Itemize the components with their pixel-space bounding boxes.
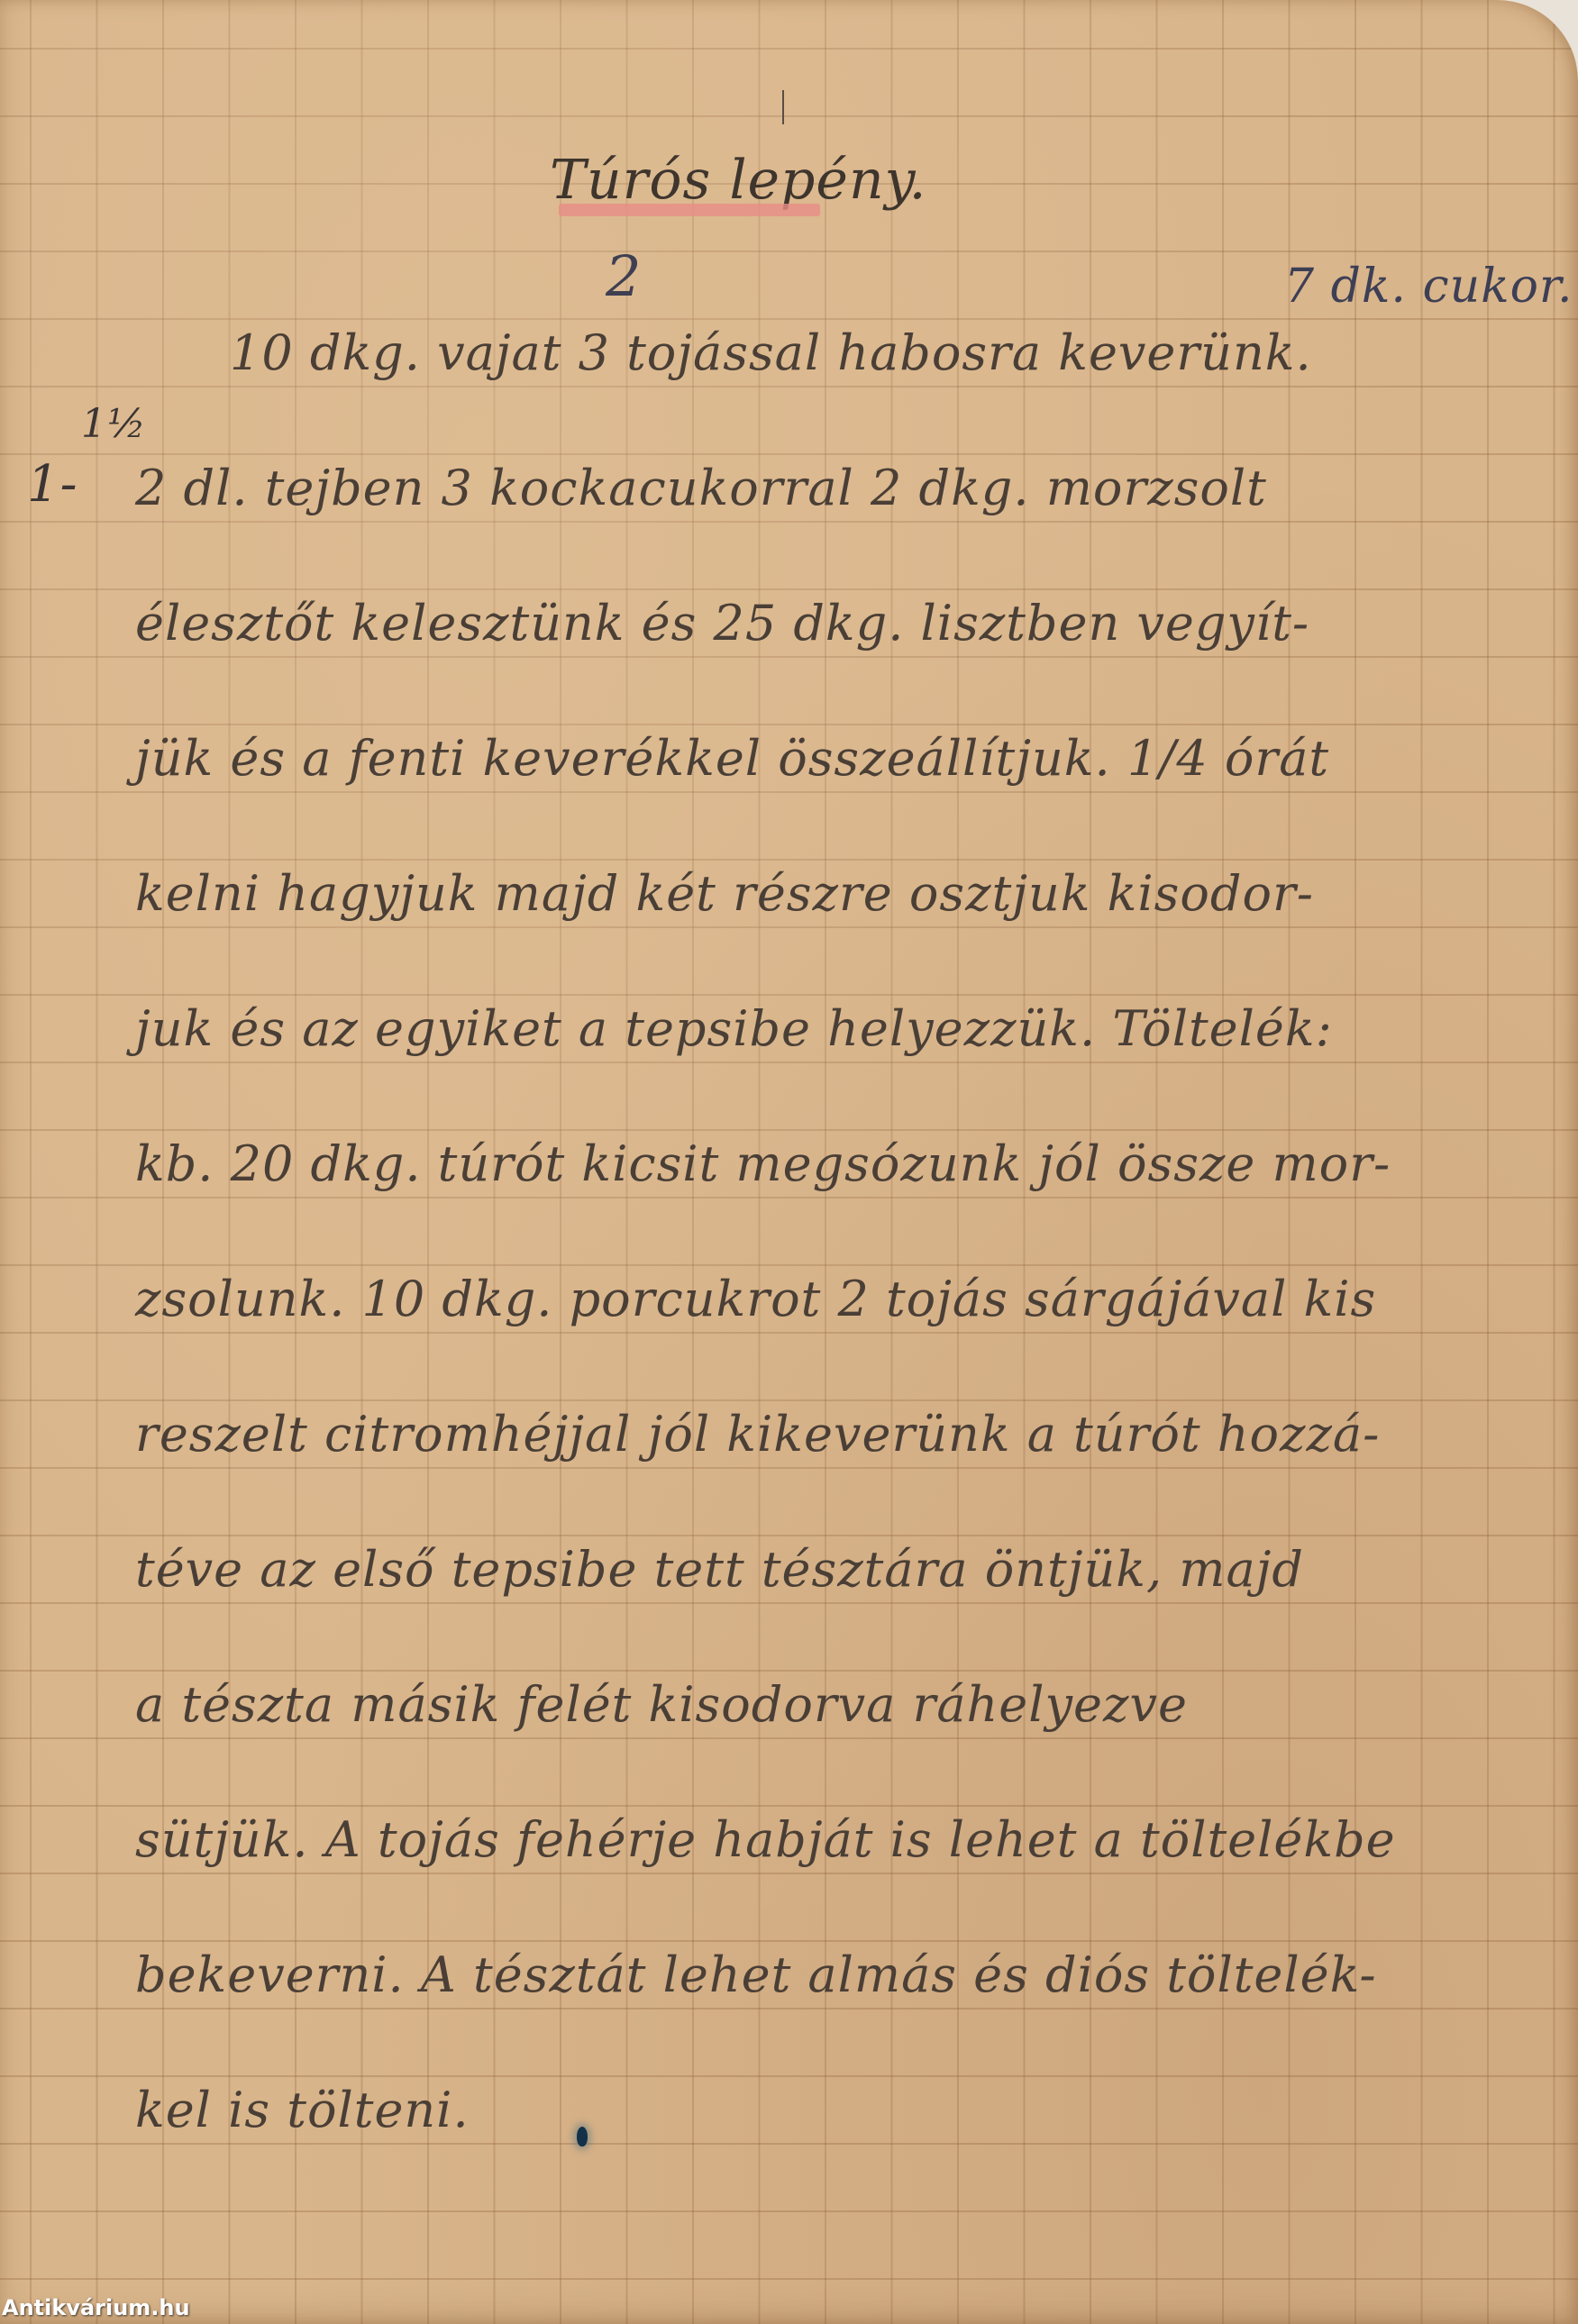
recipe-line: sütjük. A tojás fehérje habját is lehet …	[135, 1811, 1396, 1868]
recipe-title: Túrós lepény.	[550, 149, 927, 212]
recipe-line: élesztőt kelesztünk és 25 dkg. lisztben …	[135, 595, 1309, 652]
title-underline	[559, 204, 820, 216]
recipe-line: reszelt citromhéjjal jól kikeverünk a tú…	[135, 1406, 1380, 1463]
recipe-line: juk és az egyiket a tepsibe helyezzük. T…	[135, 1000, 1333, 1057]
notebook-page: Túrós lepény. 2 7 dk. cukor. 1½ 1- 10 dk…	[0, 0, 1578, 2324]
recipe-line: kb. 20 dkg. túrót kicsit megsózunk jól ö…	[135, 1135, 1391, 1192]
watermark: Antikvárium.hu	[2, 2295, 190, 2320]
recipe-line: bekeverni. A tésztát lehet almás és diós…	[135, 1946, 1377, 2003]
ink-blot	[577, 2127, 588, 2146]
recipe-line: téve az első tepsibe tett tésztára öntjü…	[135, 1541, 1304, 1598]
recipe-line: 10 dkg. vajat 3 tojással habosra keverün…	[230, 324, 1312, 381]
margin-note-fraction: 1½	[81, 401, 147, 447]
recipe-line: a tészta másik felét kisodorva ráhelyezv…	[135, 1676, 1188, 1733]
recipe-line: kelni hagyjuk majd két részre osztjuk ki…	[135, 865, 1314, 922]
recipe-line: kel is tölteni.	[135, 2082, 470, 2138]
correction-mark: 2	[606, 243, 642, 309]
margin-note-marker: 1-	[27, 455, 78, 514]
recipe-line: jük és a fenti keverékkel összeállítjuk.…	[135, 730, 1329, 787]
recipe-line: 2 dl. tejben 3 kockacukorral 2 dkg. morz…	[135, 460, 1267, 516]
recipe-line: zsolunk. 10 dkg. porcukrot 2 tojás sárgá…	[135, 1271, 1376, 1327]
accent-mark	[782, 90, 784, 124]
side-note-sugar: 7 dk. cukor.	[1284, 260, 1573, 314]
